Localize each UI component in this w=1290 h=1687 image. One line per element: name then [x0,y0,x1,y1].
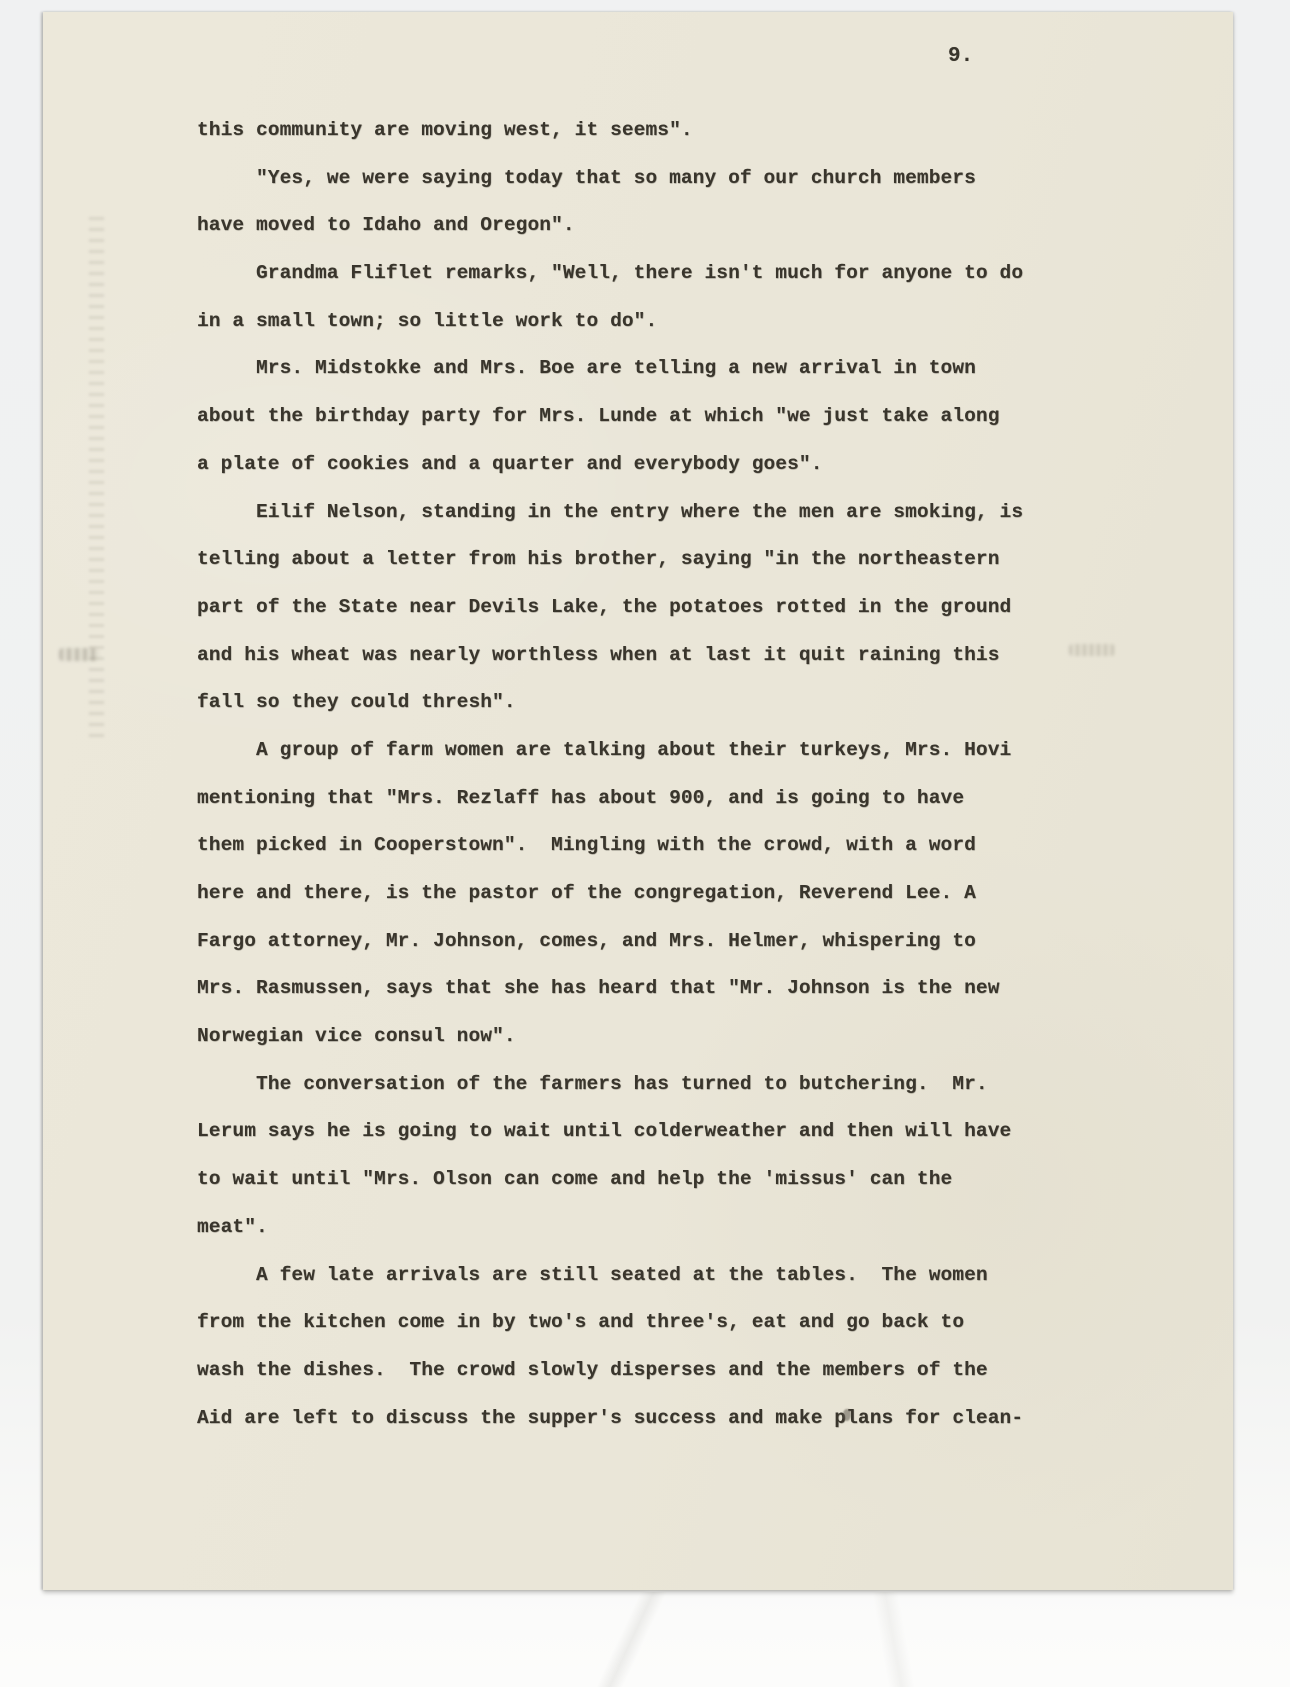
typed-line: mentioning that "Mrs. Rezlaff has about … [197,775,1097,823]
typed-line: "Yes, we were saying today that so many … [197,155,1097,203]
typed-line: about the birthday party for Mrs. Lunde … [197,393,1097,441]
typed-line: Mrs. Midstokke and Mrs. Boe are telling … [197,345,1097,393]
document-page: 9. this community are moving west, it se… [43,12,1233,1590]
typed-line: A group of farm women are talking about … [197,727,1097,775]
typed-line: from the kitchen come in by two's and th… [197,1299,1097,1347]
typed-line: wash the dishes. The crowd slowly disper… [197,1347,1097,1395]
typed-line: fall so they could thresh". [197,679,1097,727]
typed-line: and his wheat was nearly worthless when … [197,632,1097,680]
typed-line: Fargo attorney, Mr. Johnson, comes, and … [197,918,1097,966]
typed-line: Lerum says he is going to wait until col… [197,1108,1097,1156]
typed-line: Mrs. Rasmussen, says that she has heard … [197,965,1097,1013]
typed-line: to wait until "Mrs. Olson can come and h… [197,1156,1097,1204]
typed-line: this community are moving west, it seems… [197,107,1097,155]
typed-line: A few late arrivals are still seated at … [197,1252,1097,1300]
typed-line: have moved to Idaho and Oregon". [197,202,1097,250]
typed-line: meat". [197,1204,1097,1252]
typed-line: telling about a letter from his brother,… [197,536,1097,584]
margin-smudge-left [59,648,99,661]
typed-line: Norwegian vice consul now". [197,1013,1097,1061]
margin-smudge-right [1069,644,1115,656]
typed-line: in a small town; so little work to do". [197,298,1097,346]
typed-line: The conversation of the farmers has turn… [197,1061,1097,1109]
typed-line: part of the State near Devils Lake, the … [197,584,1097,632]
page-number: 9. [948,45,973,68]
typed-line: Aid are left to discuss the supper's suc… [197,1395,1097,1443]
typed-line: Grandma Fliflet remarks, "Well, there is… [197,250,1097,298]
typed-line: a plate of cookies and a quarter and eve… [197,441,1097,489]
typed-line: Eilif Nelson, standing in the entry wher… [197,489,1097,537]
typed-text-body: this community are moving west, it seems… [197,107,1097,1442]
typed-line: here and there, is the pastor of the con… [197,870,1097,918]
typed-line: them picked in Cooperstown". Mingling wi… [197,822,1097,870]
